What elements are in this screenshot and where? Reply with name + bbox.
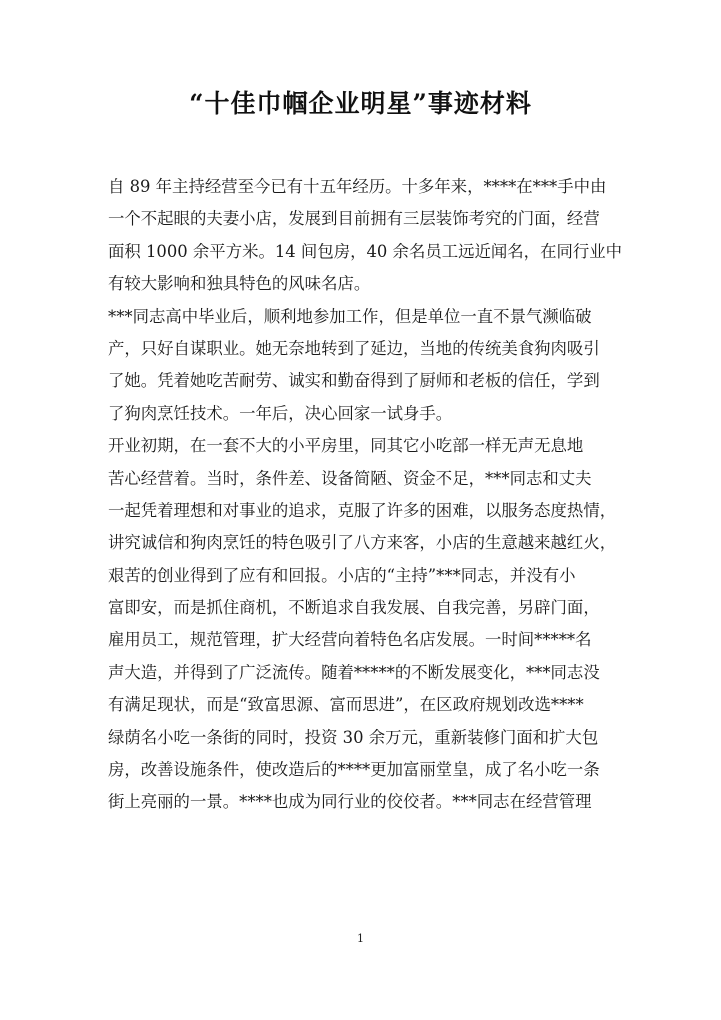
document-body: 自 89 年主持经营至今已有十五年经历。十多年来，****在***手中由 一个不… [108, 171, 618, 819]
text-line: 了她。凭着她吃苦耐劳、诚实和勤奋得到了厨师和老板的信任，学到 [108, 365, 618, 397]
text-line: 街上亮丽的一景。****也成为同行业的佼佼者。***同志在经营管理 [108, 786, 618, 818]
text-line: 苦心经营着。当时，条件差、设备简陋、资金不足，***同志和丈夫 [108, 463, 618, 495]
document-title: “十佳巾帼企业明星”事迹材料 [0, 84, 721, 120]
text-line: 产，只好自谋职业。她无奈地转到了延边，当地的传统美食狗肉吸引 [108, 333, 618, 365]
text-line: 声大造，并得到了广泛流传。随着*****的不断发展变化，***同志没 [108, 657, 618, 689]
text-line: 富即安，而是抓住商机，不断追求自我发展、自我完善，另辟门面， [108, 592, 618, 624]
text-line: 有较大影响和独具特色的风味名店。 [108, 268, 618, 300]
text-line: 房，改善设施条件，使改造后的****更加富丽堂皇，成了名小吃一条 [108, 754, 618, 786]
page-number: 1 [0, 932, 721, 945]
text-line: 自 89 年主持经营至今已有十五年经历。十多年来，****在***手中由 [108, 171, 618, 203]
document-page: “十佳巾帼企业明星”事迹材料 自 89 年主持经营至今已有十五年经历。十多年来，… [0, 0, 721, 1020]
text-line: 雇用员工，规范管理，扩大经营向着特色名店发展。一时间*****名 [108, 624, 618, 656]
text-line: 开业初期，在一套不大的小平房里，同其它小吃部一样无声无息地 [108, 430, 618, 462]
text-line: 一起凭着理想和对事业的追求，克服了许多的困难，以服务态度热情， [108, 495, 618, 527]
text-line: 讲究诚信和狗肉烹饪的特色吸引了八方来客，小店的生意越来越红火， [108, 527, 618, 559]
text-line: 有满足现状，而是“致富思源、富而思进”，在区政府规划改选**** [108, 689, 618, 721]
text-line: 了狗肉烹饪技术。一年后，决心回家一试身手。 [108, 398, 618, 430]
text-line: ***同志高中毕业后，顺利地参加工作，但是单位一直不景气濒临破 [108, 301, 618, 333]
text-line: 绿荫名小吃一条街的同时，投资 30 余万元，重新装修门面和扩大包 [108, 722, 618, 754]
text-line: 面积 1000 余平方米。14 间包房，40 余名员工远近闻名，在同行业中 [108, 236, 618, 268]
text-line: 一个不起眼的夫妻小店，发展到目前拥有三层装饰考究的门面，经营 [108, 203, 618, 235]
text-line: 艰苦的创业得到了应有和回报。小店的“主持”***同志，并没有小 [108, 560, 618, 592]
